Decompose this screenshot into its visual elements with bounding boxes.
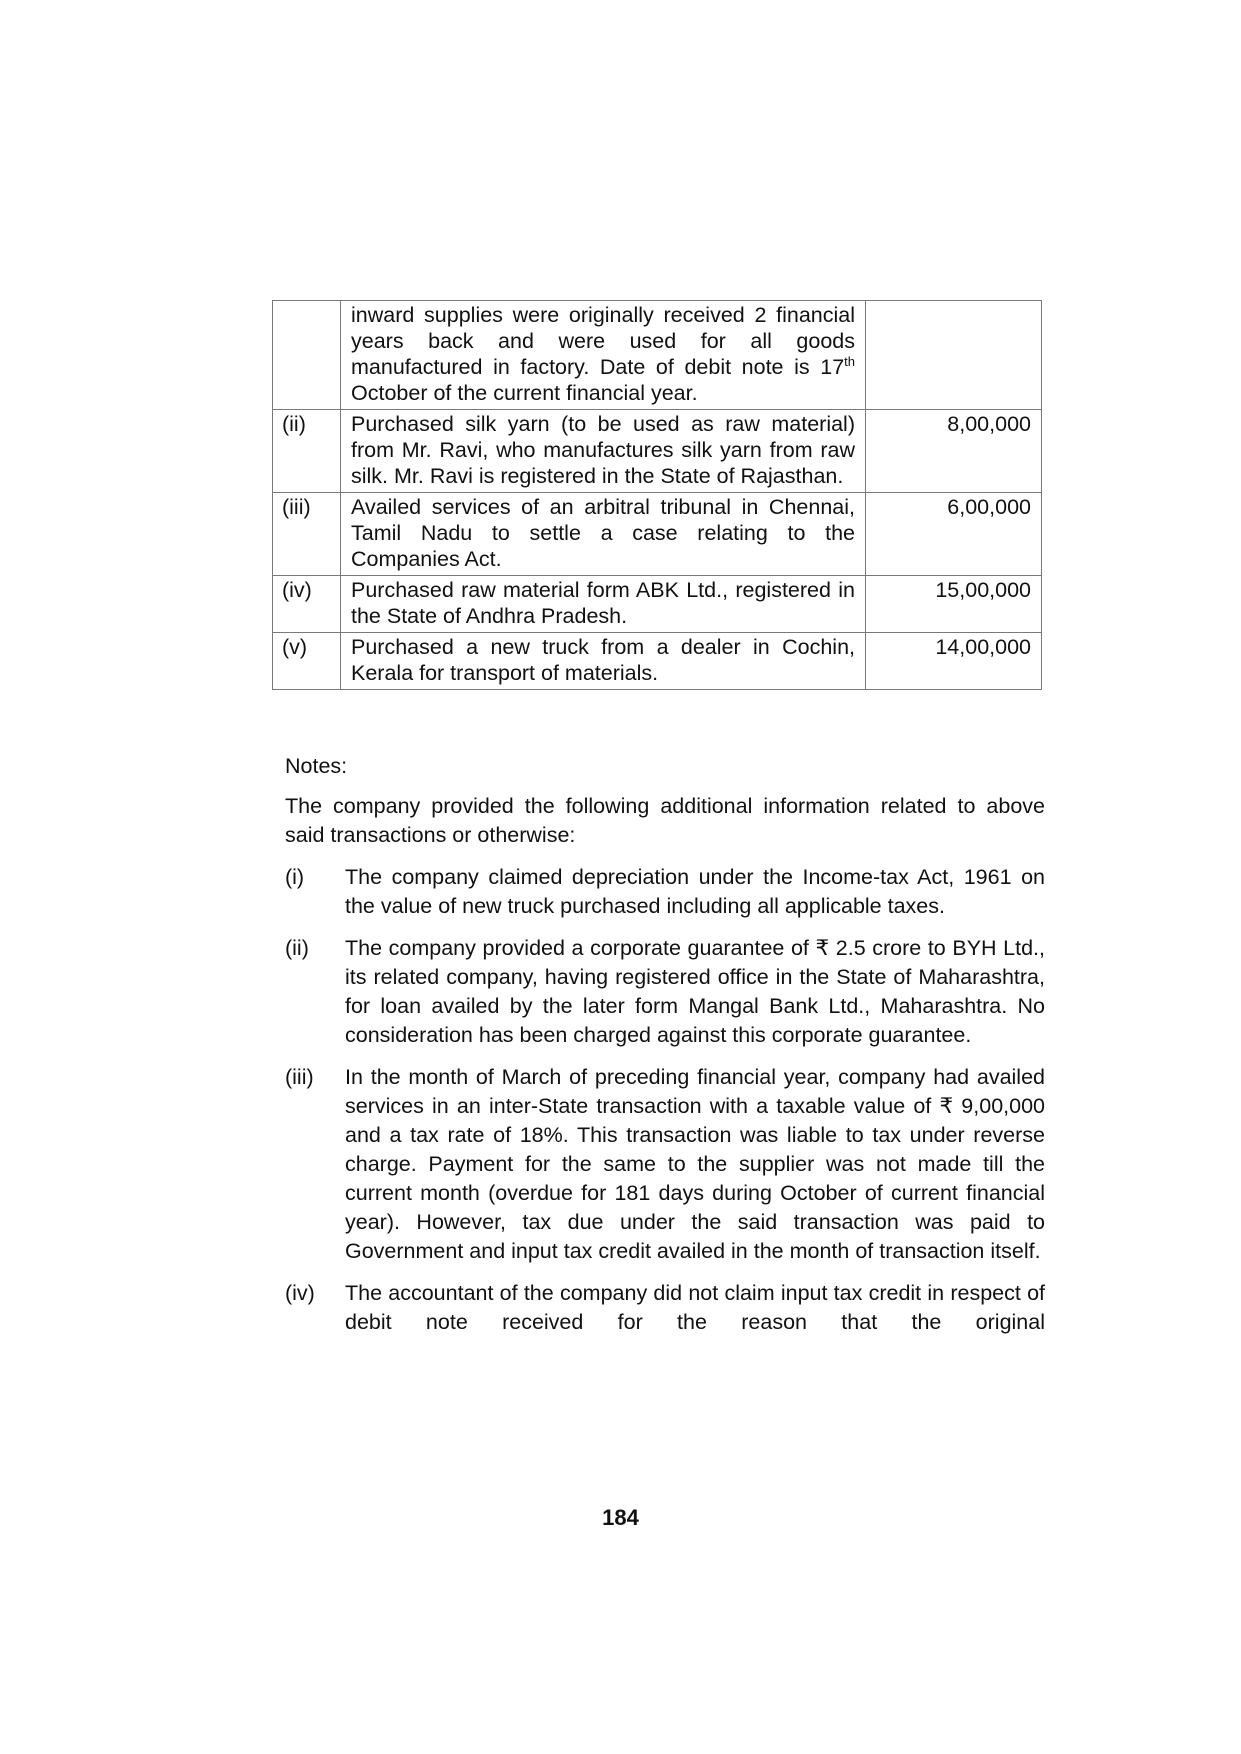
document-page: inward supplies were originally received… bbox=[0, 0, 1241, 1754]
row-number: (ii) bbox=[273, 410, 341, 493]
table-row: (iv) Purchased raw material form ABK Ltd… bbox=[273, 576, 1042, 633]
note-item: (ii) The company provided a corporate gu… bbox=[285, 934, 1045, 1050]
note-item: (iii) In the month of March of preceding… bbox=[285, 1063, 1045, 1266]
row-amount: 14,00,000 bbox=[866, 633, 1042, 690]
row-amount: 15,00,000 bbox=[866, 576, 1042, 633]
note-label: (ii) bbox=[285, 934, 345, 1050]
row-number: (iv) bbox=[273, 576, 341, 633]
row-description: inward supplies were originally received… bbox=[341, 301, 866, 410]
ordinal-superscript: th bbox=[844, 354, 855, 369]
notes-heading: Notes: bbox=[285, 752, 1045, 781]
row-description: Purchased raw material form ABK Ltd., re… bbox=[341, 576, 866, 633]
row-number bbox=[273, 301, 341, 410]
row-amount: 8,00,000 bbox=[866, 410, 1042, 493]
row-description: Purchased silk yarn (to be used as raw m… bbox=[341, 410, 866, 493]
description-text-cont: October of the current financial year. bbox=[351, 381, 698, 405]
note-text: The company claimed depreciation under t… bbox=[345, 863, 1045, 921]
note-item: (i) The company claimed depreciation und… bbox=[285, 863, 1045, 921]
notes-section: Notes: The company provided the followin… bbox=[285, 752, 1045, 1350]
row-number: (v) bbox=[273, 633, 341, 690]
note-label: (i) bbox=[285, 863, 345, 921]
row-amount: 6,00,000 bbox=[866, 493, 1042, 576]
row-number: (iii) bbox=[273, 493, 341, 576]
note-text: The accountant of the company did not cl… bbox=[345, 1279, 1045, 1337]
notes-intro: The company provided the following addit… bbox=[285, 792, 1045, 850]
note-item: (iv) The accountant of the company did n… bbox=[285, 1279, 1045, 1337]
row-amount bbox=[866, 301, 1042, 410]
table-row: (v) Purchased a new truck from a dealer … bbox=[273, 633, 1042, 690]
note-text: The company provided a corporate guarant… bbox=[345, 934, 1045, 1050]
table-row: (iii) Availed services of an arbitral tr… bbox=[273, 493, 1042, 576]
page-number: 184 bbox=[0, 1505, 1241, 1531]
table-row: (ii) Purchased silk yarn (to be used as … bbox=[273, 410, 1042, 493]
note-label: (iii) bbox=[285, 1063, 345, 1266]
table-row: inward supplies were originally received… bbox=[273, 301, 1042, 410]
row-description: Availed services of an arbitral tribunal… bbox=[341, 493, 866, 576]
transactions-table: inward supplies were originally received… bbox=[272, 300, 1042, 690]
note-label: (iv) bbox=[285, 1279, 345, 1337]
note-text: In the month of March of preceding finan… bbox=[345, 1063, 1045, 1266]
row-description: Purchased a new truck from a dealer in C… bbox=[341, 633, 866, 690]
description-text: inward supplies were originally received… bbox=[351, 303, 855, 379]
